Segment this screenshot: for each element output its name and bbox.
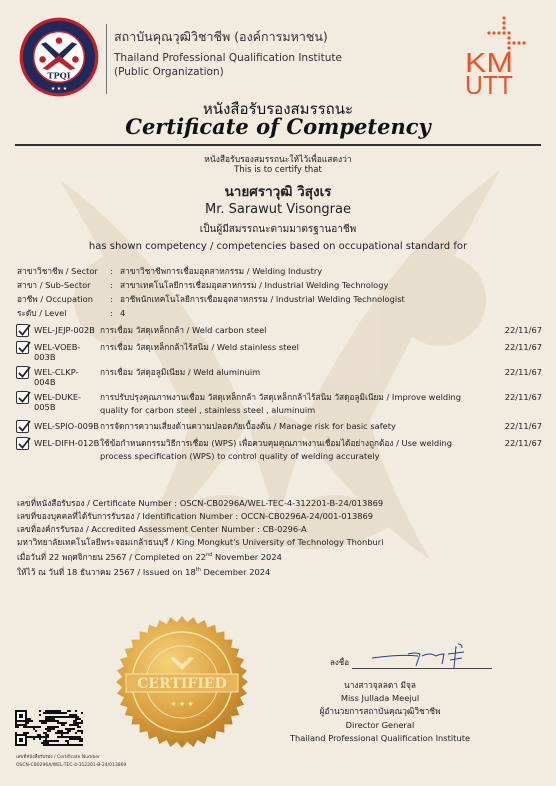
- unit-code: WEL-JEJP-002B: [34, 324, 100, 337]
- completed-text: เมื่อวันที่ 22 พฤศจิกายน 2567 / Complete…: [17, 552, 206, 562]
- competency-unit-row: WEL-DUKE-005Bการปรับปรุงคุณภาพงานเชื่อม …: [16, 391, 542, 416]
- unit-checkbox[interactable]: [16, 437, 29, 450]
- checkmark-icon: [16, 418, 32, 434]
- info-colon: :: [110, 280, 120, 290]
- certificate-details: เลขที่หนังสือรับรอง / Certificate Number…: [17, 497, 384, 579]
- signature-label: ลงชื่อ: [330, 656, 349, 669]
- assessment-center-number: เลขที่องค์กรรับรอง / Accredited Assessme…: [17, 523, 384, 536]
- unit-date: 22/11/67: [505, 325, 542, 335]
- shown-th: เป็นผู้มีสมรรถนะตามมาตรฐานอาชีพ: [0, 222, 556, 237]
- holder-name-th: นายศราวุฒิ วิสุงเร: [0, 180, 556, 202]
- signer-org: Thailand Professional Qualification Inst…: [230, 732, 530, 745]
- unit-date: 22/11/67: [505, 342, 542, 352]
- unit-checkbox[interactable]: [16, 420, 29, 433]
- info-label: อาชีพ / Occupation: [17, 292, 110, 306]
- unit-checkbox[interactable]: [16, 324, 29, 337]
- org-name-th: สถาบันคุณวุฒิวิชาชีพ (องค์การมหาชน): [114, 27, 342, 47]
- unit-date: 22/11/67: [505, 367, 542, 377]
- unit-code: WEL-VOEB-003B: [34, 341, 100, 362]
- signer-position-th: ผู้อำนวยการสถาบันคุณวุฒิวิชาชีพ: [230, 705, 530, 718]
- competency-unit-row: WEL-SPIO-009Bการจัดการความเสี่ยงด้านความ…: [16, 420, 542, 433]
- qr-caption: เลขที่หนังสือรับรอง / Certificate Number…: [16, 754, 126, 770]
- competency-unit-row: WEL-VOEB-003Bการเชื่อม วัสดุเหล็กกล้าไร้…: [16, 341, 542, 362]
- competency-unit-row: WEL-DIFH-012Bใช้ข้อกำหนดกรรมวิธีการเชื่อ…: [16, 437, 542, 462]
- unit-description: ใช้ข้อกำหนดกรรมวิธีการเชื่อม (WPS) เพื่อ…: [100, 437, 480, 462]
- issued-text: ให้ไว้ ณ วันที่ 18 ธันวาคม 2567 / Issued…: [17, 567, 196, 577]
- qr-code[interactable]: [15, 710, 83, 746]
- holder-name-en: Mr. Sarawut Visongrae: [0, 202, 556, 217]
- org-header: สถาบันคุณวุฒิวิชาชีพ (องค์การมหาชน) Thai…: [114, 27, 342, 79]
- occupation-info: สาขาวิชาชีพ / Sector:สาขาวิชาชีพการเชื่อ…: [17, 264, 405, 320]
- title-divider: [15, 144, 541, 146]
- qr-caption-label: เลขที่หนังสือรับรอง / Certificate Number: [16, 754, 126, 762]
- header-divider: [106, 24, 107, 94]
- checkmark-icon: [16, 435, 32, 451]
- info-row-level: ระดับ / Level:4: [17, 306, 405, 320]
- unit-checkbox[interactable]: [16, 391, 29, 404]
- qr-caption-value: OSCN-CB0296A/WEL-TEC-4-312201-B-24/01386…: [16, 762, 126, 770]
- completed-text-end: November 2024: [212, 552, 282, 562]
- info-row-occupation: อาชีพ / Occupation:อาชีพนักเทคโนโลยีการเ…: [17, 292, 405, 306]
- unit-date: 22/11/67: [505, 392, 542, 402]
- shown-en: has shown competency / competencies base…: [0, 241, 556, 252]
- info-value: สาขาวิชาชีพการเชื่อมอุตสาหกรรม / Welding…: [120, 264, 322, 278]
- competency-units: WEL-JEJP-002Bการเชื่อม วัสดุเหล็กกล้า / …: [16, 324, 542, 466]
- certify-th: หนังสือรับรองสมรรถนะให้ไว้เพื่อแสดงว่า: [0, 152, 556, 166]
- info-row-sector: สาขาวิชาชีพ / Sector:สาขาวิชาชีพการเชื่อ…: [17, 264, 405, 278]
- unit-description: การเชื่อม วัสดุอลูมิเนียม / Weld aluminu…: [100, 366, 480, 387]
- org-type: (Public Organization): [114, 65, 342, 79]
- certificate-number: เลขที่หนังสือรับรอง / Certificate Number…: [17, 497, 384, 510]
- competency-unit-row: WEL-JEJP-002Bการเชื่อม วัสดุเหล็กกล้า / …: [16, 324, 542, 337]
- completed-date: เมื่อวันที่ 22 พฤศจิกายน 2567 / Complete…: [17, 549, 384, 564]
- unit-description: การเชื่อม วัสดุเหล็กกล้า / Weld carbon s…: [100, 324, 480, 337]
- identification-number: เลขที่ของบุคคลที่ได้รับการรับรอง / Ident…: [17, 510, 384, 523]
- unit-checkbox[interactable]: [16, 366, 29, 379]
- svg-text:UTT: UTT: [465, 70, 513, 94]
- unit-date: 22/11/67: [505, 421, 542, 431]
- unit-code: WEL-DIFH-012B: [34, 437, 100, 462]
- svg-text:★ ★ ★: ★ ★ ★: [51, 86, 68, 92]
- unit-code: WEL-CLKP-004B: [34, 366, 100, 387]
- info-value: 4: [120, 308, 125, 318]
- university: มหาวิทยาลัยเทคโนโลยีพระจอมเกล้าธนบุรี / …: [17, 536, 384, 549]
- info-value: อาชีพนักเทคโนโลยีการเชื่อมอุตสาหกรรม / I…: [120, 292, 405, 306]
- checkmark-icon: [16, 339, 32, 355]
- issued-date: ให้ไว้ ณ วันที่ 18 ธันวาคม 2567 / Issued…: [17, 564, 384, 579]
- unit-checkbox[interactable]: [16, 341, 29, 354]
- info-value: สาขาเทคโนโลยีการเชื่อมอุตสาหกรรม / Indus…: [120, 278, 388, 292]
- kmutt-logo: KM UTT: [460, 14, 540, 94]
- certify-en: This is to certify that: [0, 165, 556, 175]
- unit-description: การปรับปรุงคุณภาพงานเชื่อม วัสดุเหล็กกล้…: [100, 391, 480, 416]
- unit-code: WEL-DUKE-005B: [34, 391, 100, 416]
- signer-position-en: Director General: [230, 719, 530, 732]
- certificate-title-en: Certificate of Competency: [0, 114, 556, 139]
- svg-text:★ ★ ★: ★ ★ ★: [170, 700, 193, 708]
- tpqi-logo: TPQI ★ ★ ★: [18, 16, 100, 98]
- checkmark-icon: [16, 364, 32, 380]
- org-name-en: Thailand Professional Qualification Inst…: [114, 51, 342, 65]
- checkmark-icon: [16, 389, 32, 405]
- info-label: สาขาวิชาชีพ / Sector: [17, 264, 110, 278]
- issued-text-end: December 2024: [201, 567, 270, 577]
- info-label: สาขา / Sub-Sector: [17, 278, 110, 292]
- competency-unit-row: WEL-CLKP-004Bการเชื่อม วัสดุอลูมิเนียม /…: [16, 366, 542, 387]
- signer-name-en: Miss Jullada Meejul: [230, 692, 530, 705]
- svg-text:CERTIFIED: CERTIFIED: [137, 676, 226, 692]
- unit-description: การเชื่อม วัสดุเหล็กกล้าไร้สนิม / Weld s…: [100, 341, 480, 362]
- checkmark-icon: [16, 322, 32, 338]
- signature-ink: [370, 642, 480, 670]
- unit-date: 22/11/67: [505, 438, 542, 448]
- info-colon: :: [110, 294, 120, 304]
- info-row-subsector: สาขา / Sub-Sector:สาขาเทคโนโลยีการเชื่อม…: [17, 278, 405, 292]
- info-colon: :: [110, 266, 120, 276]
- signer-name-th: นางสาวจุลลดา มีจุล: [230, 679, 530, 692]
- info-colon: :: [110, 308, 120, 318]
- signer-info: นางสาวจุลลดา มีจุล Miss Jullada Meejul ผ…: [230, 679, 530, 745]
- unit-description: การจัดการความเสี่ยงด้านความปลอดภัยเบื้อง…: [100, 420, 480, 433]
- svg-text:TPQI: TPQI: [47, 70, 70, 80]
- info-label: ระดับ / Level: [17, 306, 110, 320]
- unit-code: WEL-SPIO-009B: [34, 420, 100, 433]
